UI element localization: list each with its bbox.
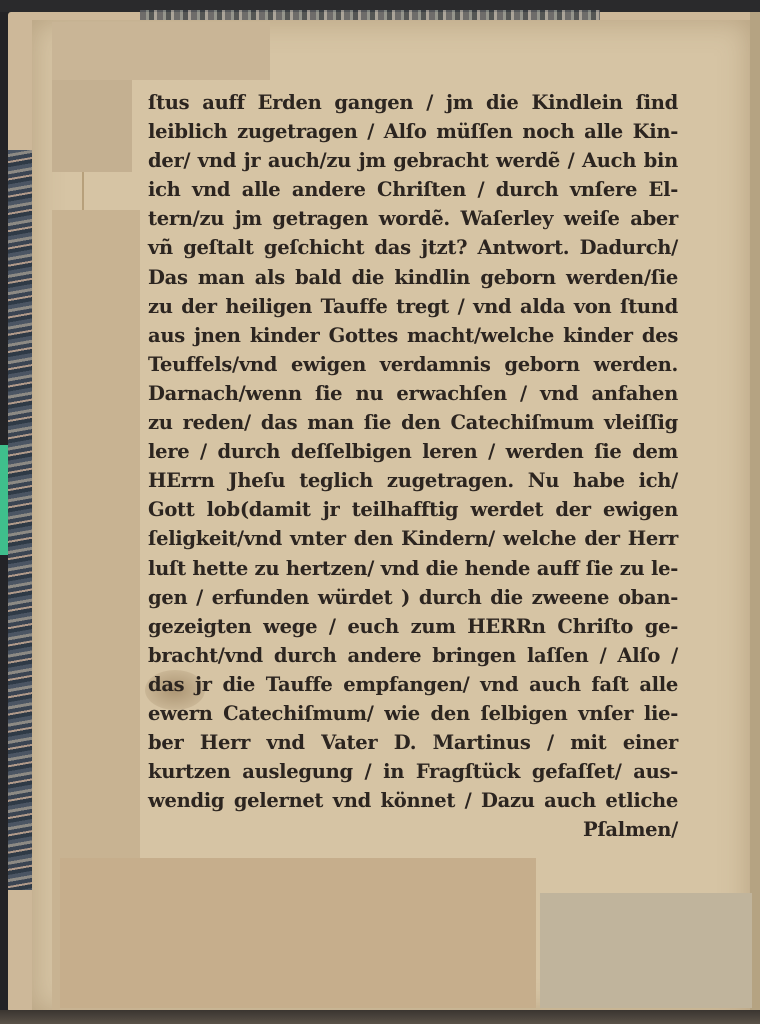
catchword: Pſalmen/ bbox=[148, 815, 678, 844]
text-line: Gott lob(damit jr teilhafftig werdet der… bbox=[148, 495, 678, 524]
marbled-paper-spine bbox=[8, 150, 34, 890]
text-line: ſtus auff Erden gangen / jm die Kindlein… bbox=[148, 88, 678, 117]
text-line: ich vnd alle andere Chriſten / durch vnſ… bbox=[148, 175, 678, 204]
page-right-edge bbox=[750, 12, 760, 1012]
text-line: ewern Catechiſmum/ wie den ſelbigen vnſe… bbox=[148, 699, 678, 728]
text-line: vñ geſtalt geſchicht das jtzt? Antwort. … bbox=[148, 233, 678, 262]
text-line: das jr die Tauffe empfangen/ vnd auch fa… bbox=[148, 670, 678, 699]
text-line: ber Herr vnd Vater D. Martinus / mit ein… bbox=[148, 728, 678, 757]
text-line: HErrn Jheſu teglich zugetragen. Nu habe … bbox=[148, 466, 678, 495]
text-line: kurtzen auslegung / in Fragſtück gefaſſe… bbox=[148, 757, 678, 786]
scanned-page-view: ſtus auff Erden gangen / jm die Kindlein… bbox=[0, 0, 760, 1024]
text-line: lere / durch deſſelbigen leren / werden … bbox=[148, 437, 678, 466]
scanner-bottom-edge bbox=[0, 1010, 760, 1024]
text-line: ſeligkeit/vnd vnter den Kindern/ welche … bbox=[148, 524, 678, 553]
text-line: der/ vnd jr auch/zu jm gebracht werdẽ / … bbox=[148, 146, 678, 175]
paper-repair-patch bbox=[60, 858, 536, 1008]
body-text: ſtus auff Erden gangen / jm die Kindlein… bbox=[148, 88, 678, 844]
text-line: wendig gelernet vnd könnet / Dazu auch e… bbox=[148, 786, 678, 815]
text-line: Das man als bald die kindlin geborn werd… bbox=[148, 263, 678, 292]
paper-repair-patch bbox=[540, 893, 752, 1008]
text-line: Darnach/wenn ſie nu erwachſen / vnd anfa… bbox=[148, 379, 678, 408]
text-line: gezeigten wege / euch zum HERRn Chriſto … bbox=[148, 612, 678, 641]
text-line: gen / erfunden würdet ) durch die zweene… bbox=[148, 583, 678, 612]
paper-repair-patch bbox=[52, 22, 270, 80]
text-line: zu reden/ das man ſie den Catechiſmum vl… bbox=[148, 408, 678, 437]
text-line: aus jnen kinder Gottes macht/welche kind… bbox=[148, 321, 678, 350]
text-line: zu der heiligen Tauffe tregt / vnd alda … bbox=[148, 292, 678, 321]
text-line: bracht/vnd durch andere bringen laſſen /… bbox=[148, 641, 678, 670]
text-line: luſt hette zu hertzen/ vnd die hende auf… bbox=[148, 554, 678, 583]
text-line: tern/zu jm getragen wordẽ. Waſerley weiſ… bbox=[148, 204, 678, 233]
text-line: Teuffels/vnd ewigen verdamnis geborn wer… bbox=[148, 350, 678, 379]
paper-repair-patch bbox=[52, 80, 132, 172]
text-line: leiblich zugetragen / Alſo müſſen noch a… bbox=[148, 117, 678, 146]
